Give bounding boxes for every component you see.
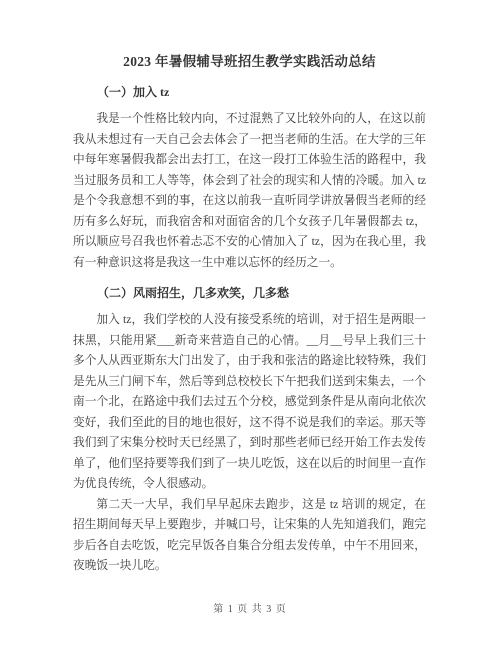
paragraph-2: 加入 tz，我们学校的人没有接受系统的培训，对于招生是两眼一抹黑，只能用紧___…	[73, 310, 426, 495]
document-page: 2023 年暑假辅导班招生教学实践活动总结 （一）加入 tz 我是一个性格比较内…	[0, 0, 500, 647]
document-title: 2023 年暑假辅导班招生教学实践活动总结	[73, 50, 426, 70]
section-heading-2: （二）风雨招生，几多欢笑，几多愁	[73, 284, 426, 301]
page-number-indicator: 第 1 页 共 3 页	[0, 600, 500, 615]
paragraph-3: 第二天一大早，我们早早起床去跑步，这是 tz 培训的规定，在招生期间每天早上要跑…	[73, 495, 426, 577]
paragraph-1: 我是一个性格比较内向，不过混熟了又比较外向的人，在这以前我从未想过有一天自己会去…	[73, 109, 426, 273]
section-heading-1: （一）加入 tz	[73, 83, 426, 100]
